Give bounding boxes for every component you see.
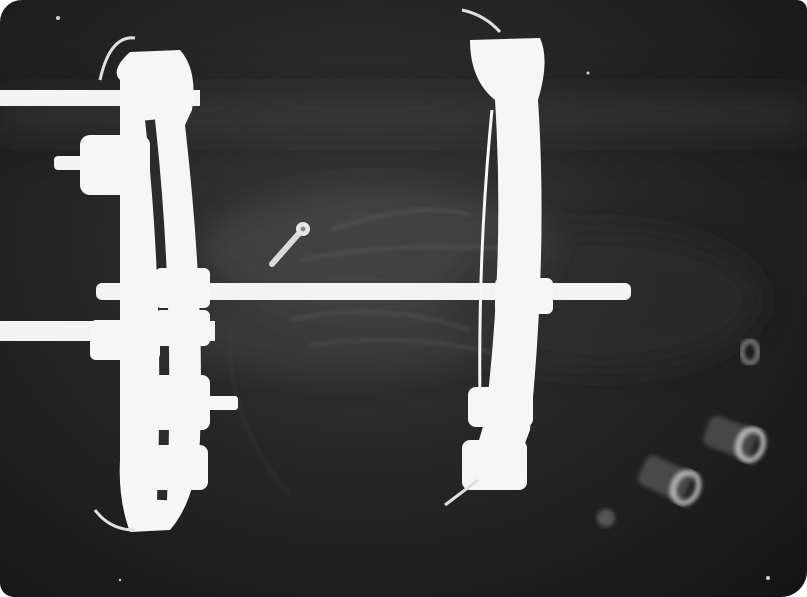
radiograph-scene <box>0 0 807 597</box>
xray-film <box>0 0 807 597</box>
